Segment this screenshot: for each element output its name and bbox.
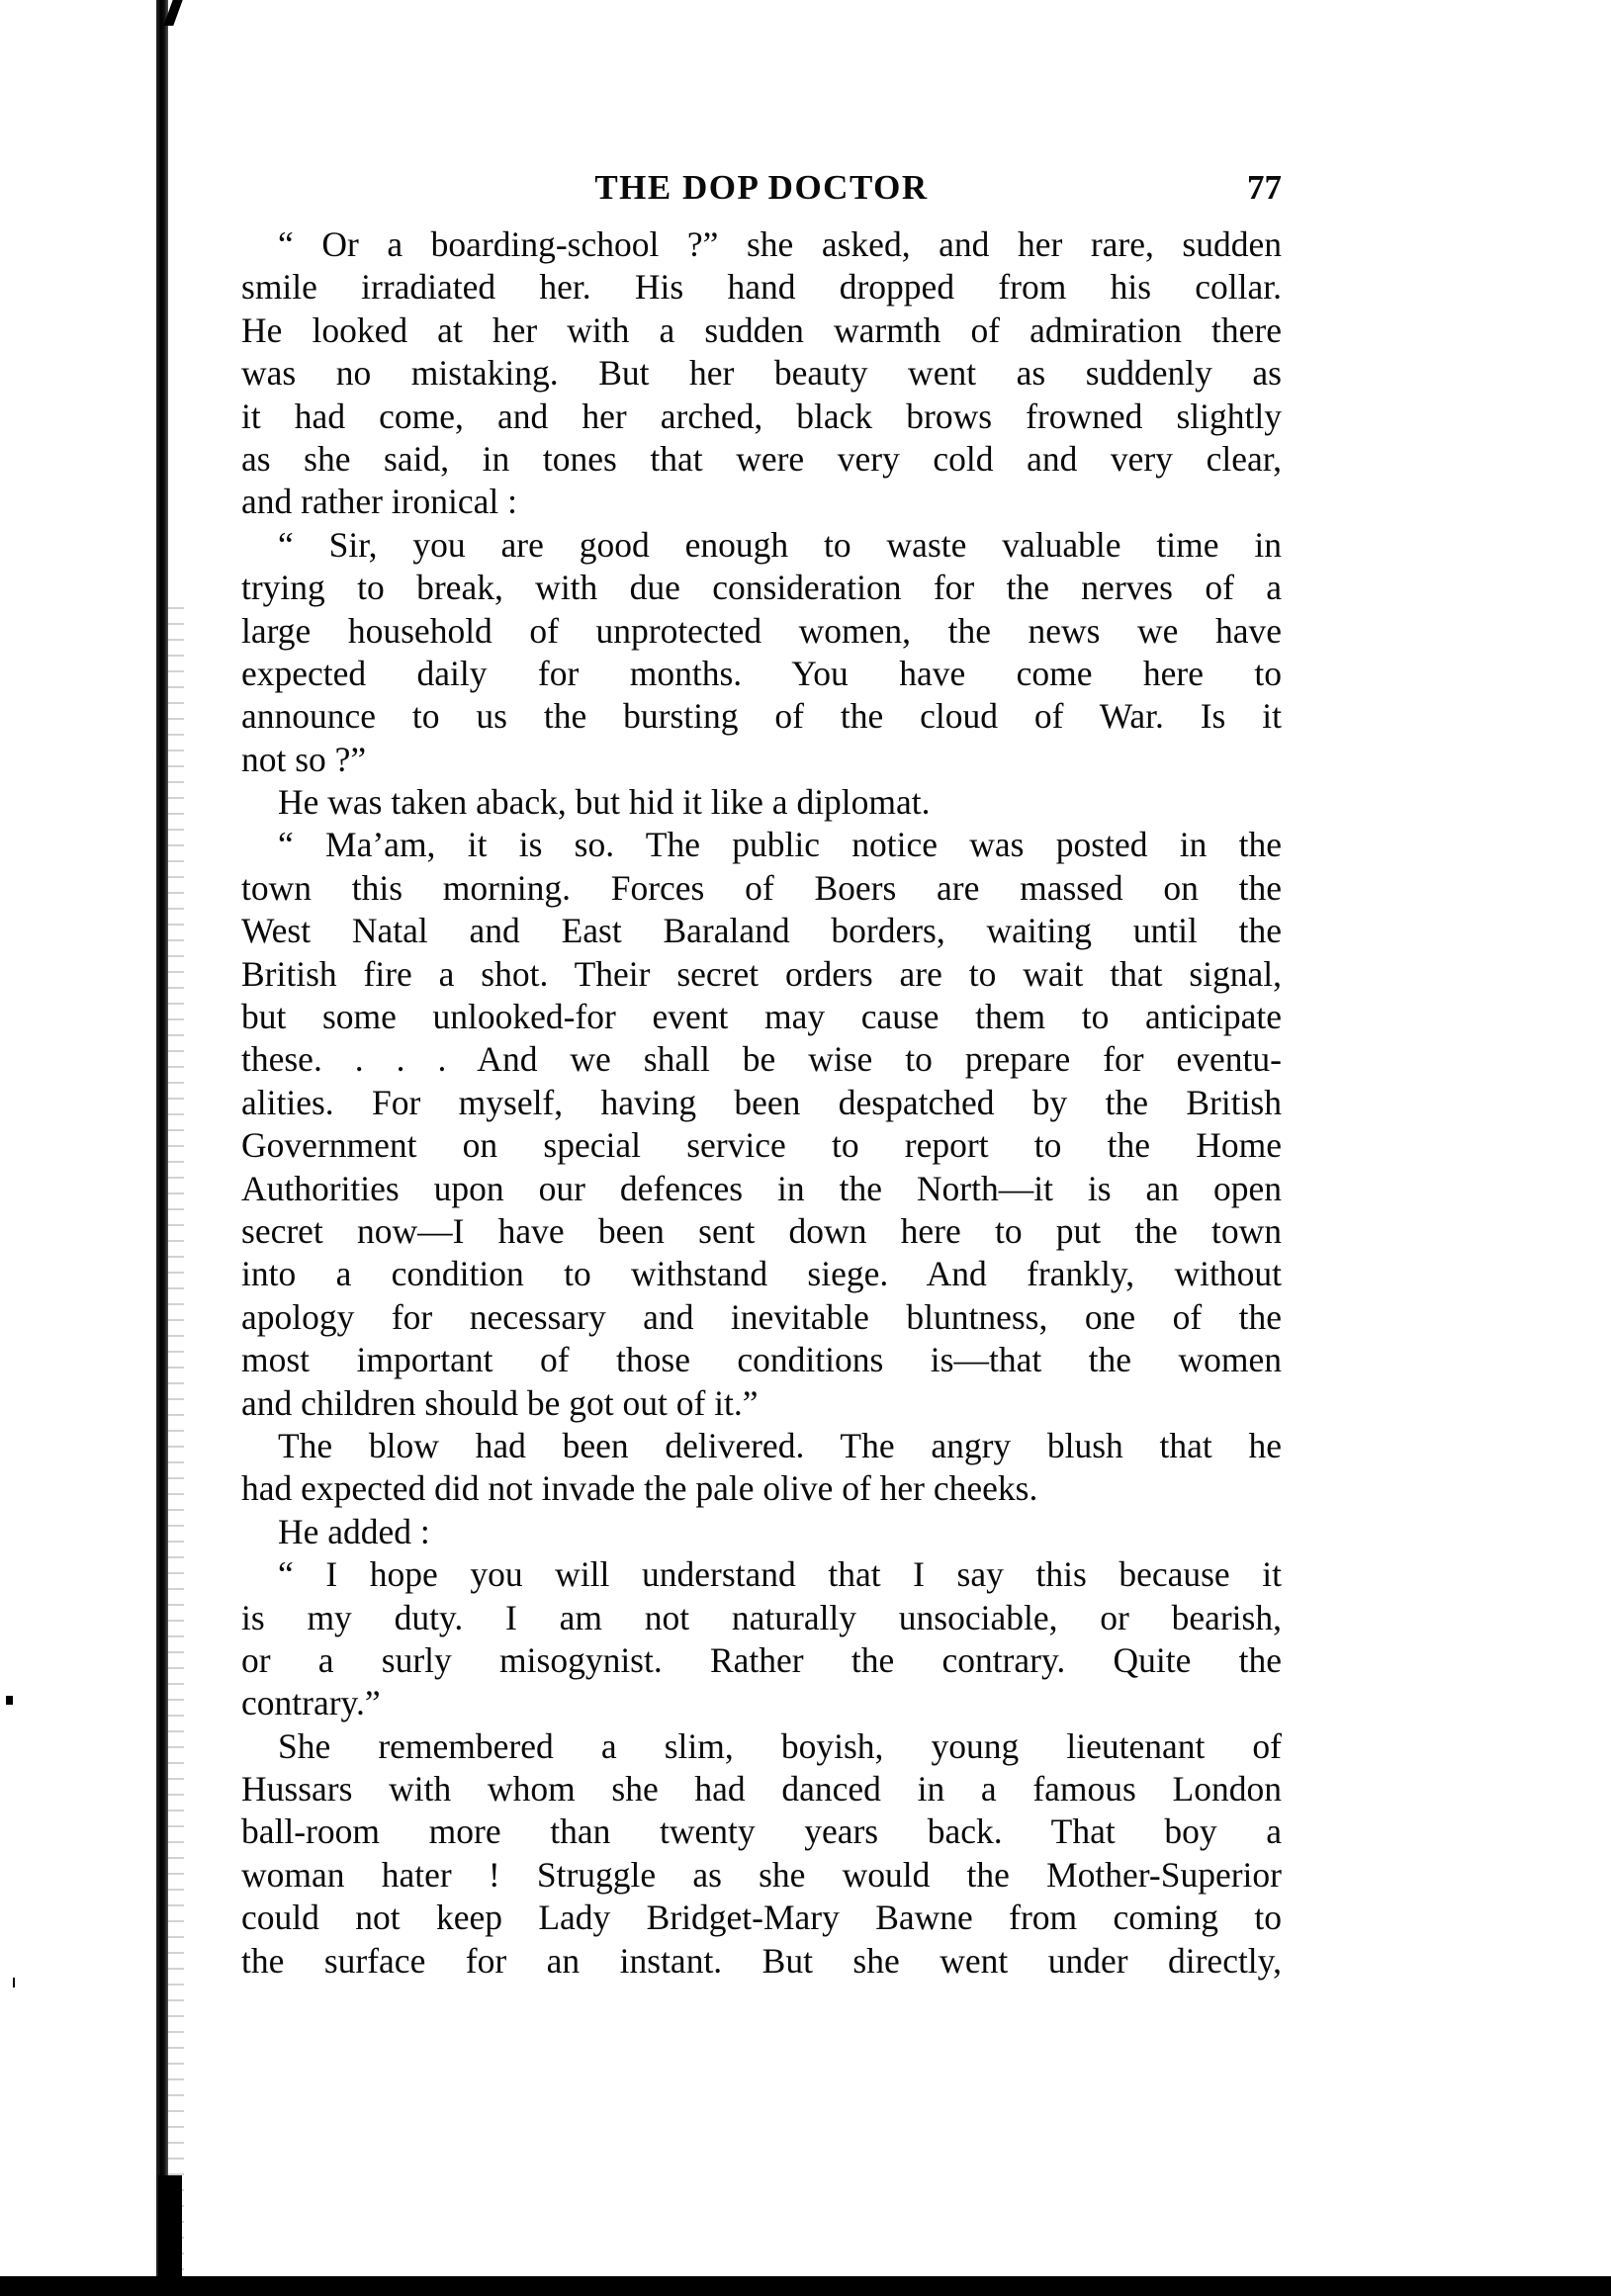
binding-shadow xyxy=(168,593,184,2294)
text-line: apology for necessary and inevitable blu… xyxy=(241,1296,1282,1339)
page-text-block: THE DOP DOCTOR 77 “ Or a boarding-school… xyxy=(241,166,1282,1983)
margin-speck xyxy=(13,1978,15,1987)
scanned-book-page: THE DOP DOCTOR 77 “ Or a boarding-school… xyxy=(0,0,1611,2296)
text-line: He added : xyxy=(241,1511,1282,1553)
text-line: ball-room more than twenty years back. T… xyxy=(241,1810,1282,1853)
text-line: He was taken aback, but hid it like a di… xyxy=(241,781,1282,824)
running-title: THE DOP DOCTOR xyxy=(241,166,1282,209)
binding-foot-mark xyxy=(158,2175,182,2284)
page-number: 77 xyxy=(1247,166,1282,209)
text-line: British fire a shot. Their secret orders… xyxy=(241,953,1282,996)
text-line: contrary.” xyxy=(241,1682,1282,1724)
text-line: the surface for an instant. But she went… xyxy=(241,1940,1282,1983)
text-line: “ Ma’am, it is so. The public notice was… xyxy=(241,824,1282,866)
text-line: into a condition to withstand siege. And… xyxy=(241,1253,1282,1295)
text-line: large household of unprotected women, th… xyxy=(241,610,1282,653)
text-line: is my duty. I am not naturally unsociabl… xyxy=(241,1597,1282,1639)
text-line: “ Sir, you are good enough to waste valu… xyxy=(241,524,1282,567)
text-line: and children should be got out of it.” xyxy=(241,1382,1282,1425)
running-header: THE DOP DOCTOR 77 xyxy=(241,166,1282,223)
text-line: Authorities upon our defences in the Nor… xyxy=(241,1168,1282,1210)
text-line: smile irradiated her. His hand dropped f… xyxy=(241,266,1282,309)
text-line: She remembered a slim, boyish, young lie… xyxy=(241,1725,1282,1768)
text-line: woman hater ! Struggle as she would the … xyxy=(241,1854,1282,1897)
text-line: expected daily for months. You have come… xyxy=(241,653,1282,695)
text-line: West Natal and East Baraland borders, wa… xyxy=(241,910,1282,952)
text-line: or a surly misogynist. Rather the contra… xyxy=(241,1639,1282,1682)
text-line: “ I hope you will understand that I say … xyxy=(241,1553,1282,1596)
scan-bottom-edge xyxy=(0,2276,1611,2296)
text-line: Hussars with whom she had danced in a fa… xyxy=(241,1768,1282,1810)
text-line: The blow had been delivered. The angry b… xyxy=(241,1425,1282,1467)
text-line: He looked at her with a sudden warmth of… xyxy=(241,309,1282,352)
text-line: announce to us the bursting of the cloud… xyxy=(241,695,1282,738)
body-text: “ Or a boarding-school ?” she asked, and… xyxy=(241,223,1282,1983)
text-line: but some unlooked-for event may cause th… xyxy=(241,996,1282,1038)
text-line: most important of those conditions is—th… xyxy=(241,1339,1282,1381)
text-line: and rather ironical : xyxy=(241,481,1282,523)
text-line: town this morning. Forces of Boers are m… xyxy=(241,867,1282,910)
text-line: alities. For myself, having been despatc… xyxy=(241,1082,1282,1124)
text-line: was no mistaking. But her beauty went as… xyxy=(241,352,1282,395)
text-line: “ Or a boarding-school ?” she asked, and… xyxy=(241,223,1282,266)
text-line: had expected did not invade the pale oli… xyxy=(241,1467,1282,1510)
text-line: could not keep Lady Bridget-Mary Bawne f… xyxy=(241,1897,1282,1939)
text-line: secret now—I have been sent down here to… xyxy=(241,1210,1282,1253)
text-line: it had come, and her arched, black brows… xyxy=(241,396,1282,438)
book-binding-edge xyxy=(156,0,168,2296)
text-line: as she said, in tones that were very col… xyxy=(241,438,1282,481)
margin-speck xyxy=(6,1696,13,1705)
text-line: trying to break, with due consideration … xyxy=(241,567,1282,609)
text-line: Government on special service to report … xyxy=(241,1124,1282,1167)
text-line: not so ?” xyxy=(241,739,1282,781)
text-line: these. . . . And we shall be wise to pre… xyxy=(241,1038,1282,1081)
